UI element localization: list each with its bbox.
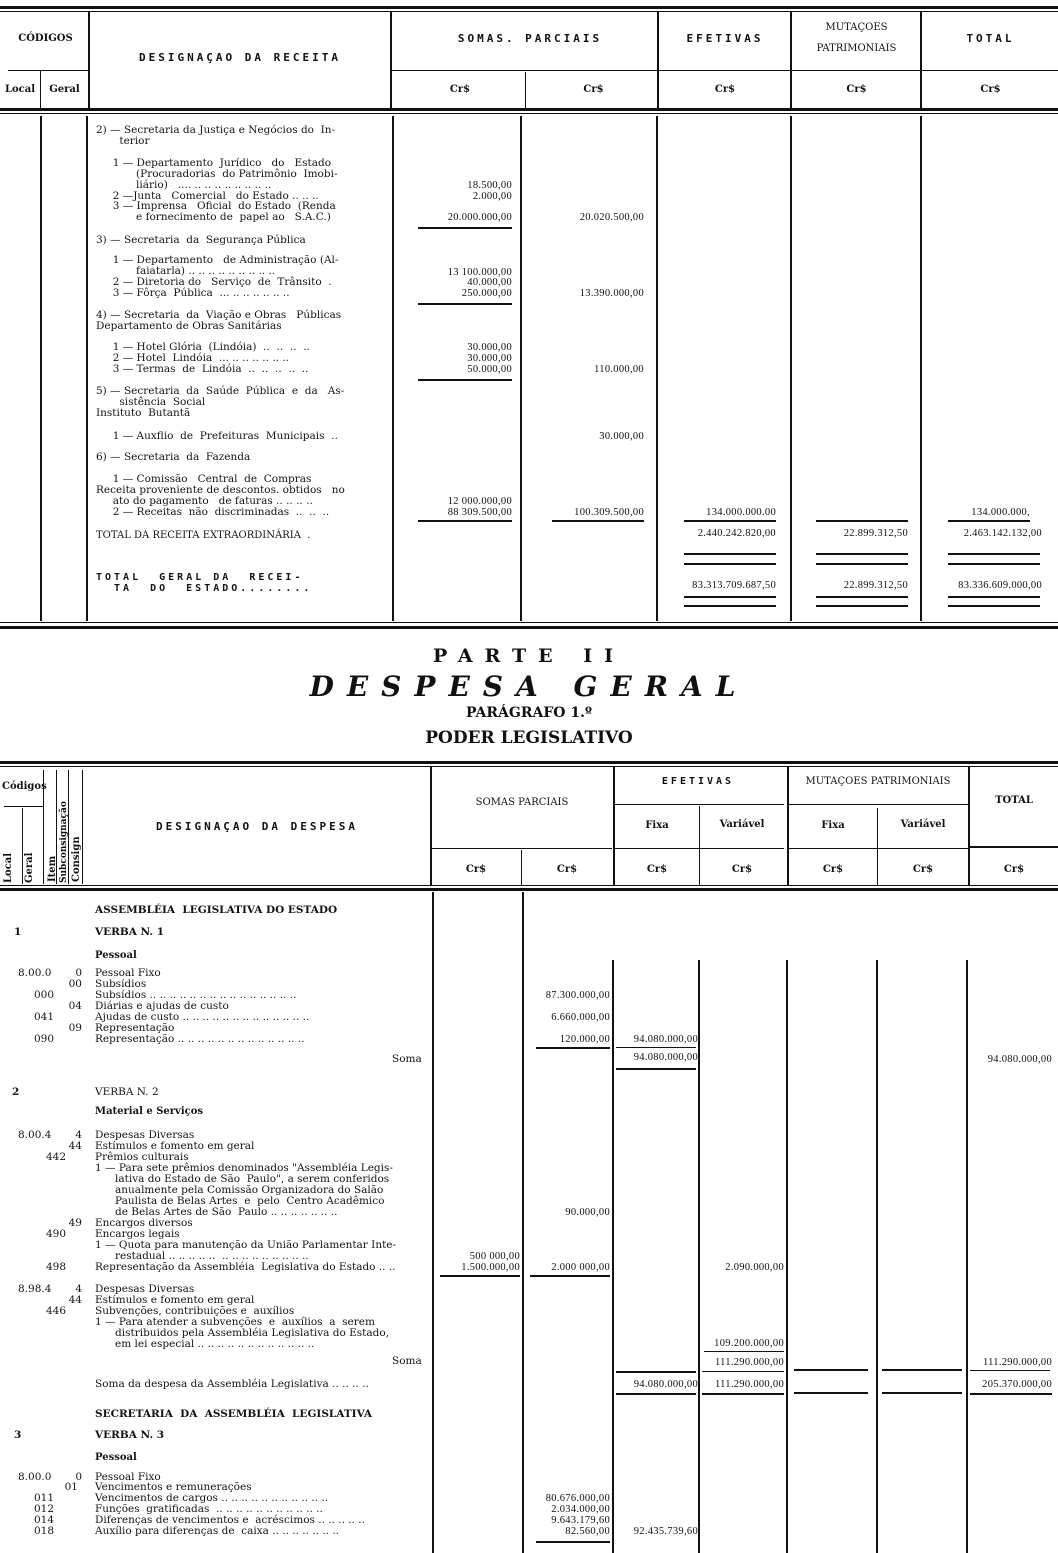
total-geral-label: TOTAL GERAL DA RECEI-	[96, 572, 303, 583]
header-designacao-despesa: DESIGNAÇAO DA DESPESA	[84, 820, 430, 833]
currency-label: Cr$	[522, 864, 612, 875]
receita-row-text: 1 — Departamento Jurídico do Estado (Pro…	[96, 158, 338, 191]
rule	[816, 605, 908, 607]
rule	[684, 520, 776, 522]
row-soma-parcial: 500 000,00	[434, 1251, 520, 1262]
soma-assembleia-label: Soma da despesa da Assembléia Legislativ…	[95, 1379, 369, 1390]
receita-row-text: 3) — Secretaria da Segurança Pública	[96, 235, 306, 246]
rule	[0, 761, 1058, 764]
verba-1-label: VERBA N. 1	[95, 927, 164, 938]
rule	[418, 303, 512, 305]
total-geral-efetivas: 83.313.709.687,50	[664, 580, 776, 591]
rule	[56, 770, 57, 884]
rule	[521, 850, 522, 885]
row-sub: 44	[64, 1141, 82, 1152]
soma-label: Soma	[392, 1054, 422, 1065]
receita-row-text: 2) — Secretaria da Justiça e Negócios do…	[96, 125, 335, 147]
rule	[816, 563, 908, 565]
row-item: 442	[46, 1152, 66, 1163]
rule	[948, 553, 1040, 555]
row-code: 8.00.4	[18, 1130, 51, 1141]
row-soma-parcial: 120.000,00	[524, 1034, 610, 1045]
poder-legislativo-title: PODER LEGISLATIVO	[0, 728, 1058, 748]
header-local: Local	[0, 84, 40, 95]
soma-efetivas-variavel: 111.290.000,00	[700, 1357, 784, 1368]
rule	[440, 1275, 520, 1277]
row-sub: 04	[64, 1001, 82, 1012]
soma-assembleia-total: 205.370.000,00	[968, 1379, 1052, 1390]
rule	[4, 806, 44, 807]
header-mutacoes-variavel: Variável	[878, 819, 968, 830]
rule	[704, 1351, 784, 1352]
soma-total: 94.080.000,00	[968, 1054, 1052, 1065]
receita-row-text: 3 — Termas de Lindóia .. .. .. .. ..	[96, 364, 308, 375]
verba-2-label: VERBA N. 2	[95, 1087, 159, 1098]
receita-soma-parcial: 12 000.000,00	[400, 496, 512, 507]
header-efetivas-variavel: Variável	[700, 819, 784, 830]
receita-soma-parcial: 18.500,00	[400, 180, 512, 191]
row-text: Representação .. .. .. .. .. .. .. .. ..…	[95, 1034, 305, 1045]
rule	[612, 960, 614, 1553]
receita-efetivas: 134.000.000.00	[664, 507, 776, 518]
rule	[948, 605, 1040, 607]
row-soma-parcial: 9.643.179,60	[524, 1515, 610, 1526]
rule	[520, 116, 522, 621]
rule	[684, 553, 776, 555]
rule	[614, 804, 784, 805]
rule	[430, 767, 432, 885]
receita-soma-parcial-total: 30.000,00	[526, 431, 644, 442]
rule	[684, 605, 776, 607]
row-text: 1 — Para atender a subvenções e auxílios…	[95, 1317, 389, 1350]
row-efetivas-fixa: 94.080.000,00	[614, 1034, 698, 1045]
rule	[86, 116, 88, 621]
header-total: TOTAL	[923, 32, 1058, 45]
verba-local-code: 3	[14, 1430, 21, 1441]
receita-soma-parcial: 40.000,00	[400, 277, 512, 288]
rule	[790, 12, 792, 108]
rule	[702, 1371, 784, 1372]
rule	[787, 767, 789, 885]
rule	[22, 808, 23, 884]
rule	[0, 113, 1058, 114]
parte-title: PARTE II	[0, 645, 1058, 667]
paragrafo-title: PARÁGRAFO 1.º	[0, 705, 1058, 721]
header-patrimoniais: PATRIMONIAIS	[790, 43, 923, 54]
rule	[82, 770, 83, 884]
total-extra-mutacoes: 22.899.312,50	[796, 528, 908, 539]
secretaria-heading: SECRETARIA DA ASSEMBLÉIA LEGISLATIVA	[95, 1409, 372, 1420]
rule	[794, 1392, 868, 1394]
rule	[684, 596, 776, 598]
rule	[920, 116, 922, 621]
row-text: 1 — Para sete prêmios denominados "Assem…	[95, 1163, 393, 1218]
rule	[786, 960, 788, 1553]
rule	[882, 1369, 962, 1371]
receita-soma-parcial: 20.000.000,00	[400, 212, 512, 223]
receita-row-text: 3 — Fôrça Pública ... .. .. .. .. .. ..	[96, 288, 290, 299]
soma-label: Soma	[392, 1356, 422, 1367]
rule	[40, 70, 41, 108]
rule	[418, 520, 512, 522]
rule	[948, 520, 1030, 522]
rule	[0, 626, 1058, 629]
receita-soma-parcial: 2.000,00	[400, 191, 512, 202]
rule	[656, 116, 658, 621]
total-receita-extraordinaria-label: TOTAL DA RECEITA EXTRAORDINÁRIA .	[96, 530, 310, 541]
receita-row-text: 1 — Comissão Central de Compras Receita …	[96, 474, 345, 507]
row-code: 8.00.0	[18, 1472, 51, 1483]
receita-row-text: 4) — Secretaria da Viação e Obras Públic…	[96, 310, 341, 332]
row-sub: 09	[64, 1023, 82, 1034]
row-item: 018	[34, 1526, 54, 1537]
soma-assembleia-fixa: 94.080.000,00	[614, 1379, 698, 1390]
rule	[616, 1047, 696, 1048]
receita-soma-parcial: 250.000,00	[400, 288, 512, 299]
soma-total: 111.290.000,00	[968, 1357, 1052, 1368]
verba-1-group: Pessoal	[95, 950, 137, 961]
row-item: 041	[34, 1012, 54, 1023]
rule	[616, 1371, 696, 1373]
header-geral: Geral	[24, 815, 35, 883]
rule	[418, 227, 512, 229]
currency-label: Cr$	[660, 84, 790, 95]
rule	[613, 767, 615, 885]
despesa-geral-title: DESPESA GERAL	[0, 670, 1058, 703]
currency-label: Cr$	[395, 84, 525, 95]
rule	[68, 770, 69, 884]
rule	[390, 12, 392, 108]
row-text: 1 — Quota para manutenção da União Parla…	[95, 1240, 396, 1262]
rule	[530, 1275, 610, 1277]
rule	[0, 108, 1058, 111]
rule	[877, 808, 878, 885]
rule	[948, 563, 1040, 565]
currency-label: Cr$	[527, 84, 660, 95]
receita-soma-parcial: 30.000,00	[400, 342, 512, 353]
row-item: 446	[46, 1306, 66, 1317]
rule	[0, 11, 1058, 12]
soma-assembleia-variavel: 111.290.000,00	[700, 1379, 784, 1390]
header-consign: Consign	[71, 800, 82, 882]
header-mutacoes-patrimoniais: MUTAÇOES PATRIMONIAIS	[788, 776, 968, 787]
verba-2-group: Material e Serviços	[95, 1106, 203, 1117]
header-codigos: Códigos	[2, 781, 46, 792]
rule	[702, 1393, 784, 1395]
currency-label: Cr$	[788, 864, 878, 875]
rule	[788, 848, 968, 849]
receita-row-text: 3 — Imprensa Oficial do Estado (Renda e …	[96, 201, 336, 223]
receita-soma-parcial-total: 13.390.000,00	[526, 288, 644, 299]
row-sub: 00	[64, 979, 82, 990]
rule	[536, 1047, 610, 1049]
rule	[0, 6, 1058, 9]
row-soma-parcial: 2.034.000,00	[524, 1504, 610, 1515]
row-soma-parcial: 80.676.000,00	[524, 1493, 610, 1504]
row-soma-parcial: 87.300.000,00	[524, 990, 610, 1001]
receita-total: 134.000.000,	[930, 507, 1030, 518]
row-efetivas-fixa: 92.435.739,60	[614, 1526, 698, 1537]
rule	[698, 960, 700, 1553]
rule	[794, 1369, 868, 1371]
receita-row-text: 1 — Auxflio de Prefeituras Municipais ..	[96, 431, 338, 442]
row-code: 8.00.0	[18, 968, 51, 979]
rule	[616, 1068, 696, 1070]
header-total: TOTAL	[970, 795, 1058, 806]
receita-soma-parcial-total: 20.020.500,00	[526, 212, 644, 223]
receita-soma-parcial: 30.000,00	[400, 353, 512, 364]
rule	[0, 888, 1058, 891]
header-mutacoes: MUTAÇOES	[790, 22, 923, 33]
row-efetivas-variavel: 109.200.000,00	[700, 1338, 784, 1349]
header-efetivas-fixa: Fixa	[614, 820, 700, 831]
total-geral-label-2: TA DO ESTADO........	[114, 583, 312, 594]
rule	[392, 116, 394, 621]
receita-soma-parcial-total: 110.000,00	[526, 364, 644, 375]
row-soma-parcial-total: 2.000 000,00	[524, 1262, 610, 1273]
rule	[816, 520, 908, 522]
header-local: Local	[3, 815, 14, 883]
verba-3-label: VERBA N. 3	[95, 1430, 164, 1441]
verba-local-code: 2	[12, 1087, 19, 1098]
row-item: 498	[46, 1262, 66, 1273]
rule	[948, 596, 1040, 598]
row-item: 090	[34, 1034, 54, 1045]
verba-local-code: 1	[14, 927, 21, 938]
header-efetivas: EFETIVAS	[614, 776, 782, 787]
receita-row-text: 5) — Secretaria da Saúde Pública e da As…	[96, 386, 344, 419]
rule	[536, 1541, 610, 1543]
total-extra-efetivas: 2.440.242.820,00	[664, 528, 776, 539]
rule	[968, 767, 970, 885]
rule	[790, 116, 792, 621]
rule	[657, 12, 659, 108]
rule	[0, 885, 1058, 886]
rule	[882, 1392, 962, 1394]
currency-label: Cr$	[432, 864, 520, 875]
rule	[816, 553, 908, 555]
receita-row-text: 6) — Secretaria da Fazenda	[96, 452, 250, 463]
header-designacao-receita: DESIGNAÇAO DA RECEITA	[90, 51, 390, 64]
receita-soma-parcial: 50.000,00	[400, 364, 512, 375]
header-somas-parciais: SOMAS PARCIAIS	[432, 797, 612, 808]
row-soma-parcial: 6.660.000,00	[524, 1012, 610, 1023]
rule	[876, 960, 878, 1553]
receita-soma-parcial: 88 309.500,00	[400, 507, 512, 518]
currency-label: Cr$	[790, 84, 923, 95]
total-geral-total: 83.336.609.000,00	[926, 580, 1042, 591]
row-soma-parcial: 1.500.000,00	[434, 1262, 520, 1273]
row-text: Representação da Assembléia Legislativa …	[95, 1262, 396, 1273]
currency-label: Cr$	[923, 84, 1058, 95]
row-efetivas-variavel: 2.090.000,00	[700, 1262, 784, 1273]
total-extra-total: 2.463.142.132,00	[926, 528, 1042, 539]
row-sub: 49	[64, 1218, 82, 1229]
row-sub: 01	[60, 1482, 78, 1493]
rule	[970, 1370, 1050, 1371]
total-geral-mutacoes: 22.899.312,50	[796, 580, 908, 591]
rule	[970, 846, 1058, 848]
currency-label: Cr$	[700, 864, 784, 875]
rule	[966, 960, 968, 1553]
soma-efetivas-fixa: 94.080.000,00	[614, 1052, 698, 1063]
currency-label: Cr$	[878, 864, 968, 875]
header-codigos: CÓDIGOS	[8, 33, 83, 44]
rule	[699, 806, 700, 885]
row-item: 490	[46, 1229, 66, 1240]
header-efetivas: EFETIVAS	[660, 32, 790, 45]
header-somas-parciais: SOMAS. PARCIAIS	[395, 32, 665, 45]
rule	[432, 892, 434, 1553]
rule	[816, 596, 908, 598]
row-sub: 44	[64, 1295, 82, 1306]
receita-row-text: 2 — Receitas não discriminadas .. .. ..	[96, 507, 329, 518]
rule	[40, 116, 42, 621]
rule	[970, 1393, 1052, 1395]
rule	[920, 12, 922, 108]
rule	[684, 563, 776, 565]
rule	[788, 804, 968, 805]
verba-3-group: Pessoal	[95, 1452, 137, 1463]
rule	[8, 70, 88, 71]
rule	[0, 622, 1058, 623]
row-soma-parcial: 90.000,00	[524, 1207, 610, 1218]
row-code: 8.98.4	[18, 1284, 51, 1295]
currency-label: Cr$	[970, 864, 1058, 875]
rule	[390, 70, 1058, 71]
rule	[88, 12, 90, 108]
rule	[552, 520, 644, 522]
rule	[525, 72, 526, 108]
row-item: 000	[34, 990, 54, 1001]
row-text: Auxílio para diferenças de caixa .. .. .…	[95, 1526, 339, 1537]
rule	[432, 848, 612, 849]
receita-soma-parcial-total: 100.309.500,00	[526, 507, 644, 518]
currency-label: Cr$	[614, 864, 700, 875]
receita-row-text: 1 — Departamento de Administração (Al- f…	[96, 255, 338, 277]
rule	[418, 379, 512, 381]
row-soma-parcial: 82.560,00	[524, 1526, 610, 1537]
header-mutacoes-fixa: Fixa	[788, 820, 878, 831]
rule	[0, 766, 1058, 767]
assembleia-heading: ASSEMBLÉIA LEGISLATIVA DO ESTADO	[95, 905, 337, 916]
rule	[43, 770, 44, 884]
rule	[616, 1393, 696, 1395]
header-geral: Geral	[41, 84, 88, 95]
